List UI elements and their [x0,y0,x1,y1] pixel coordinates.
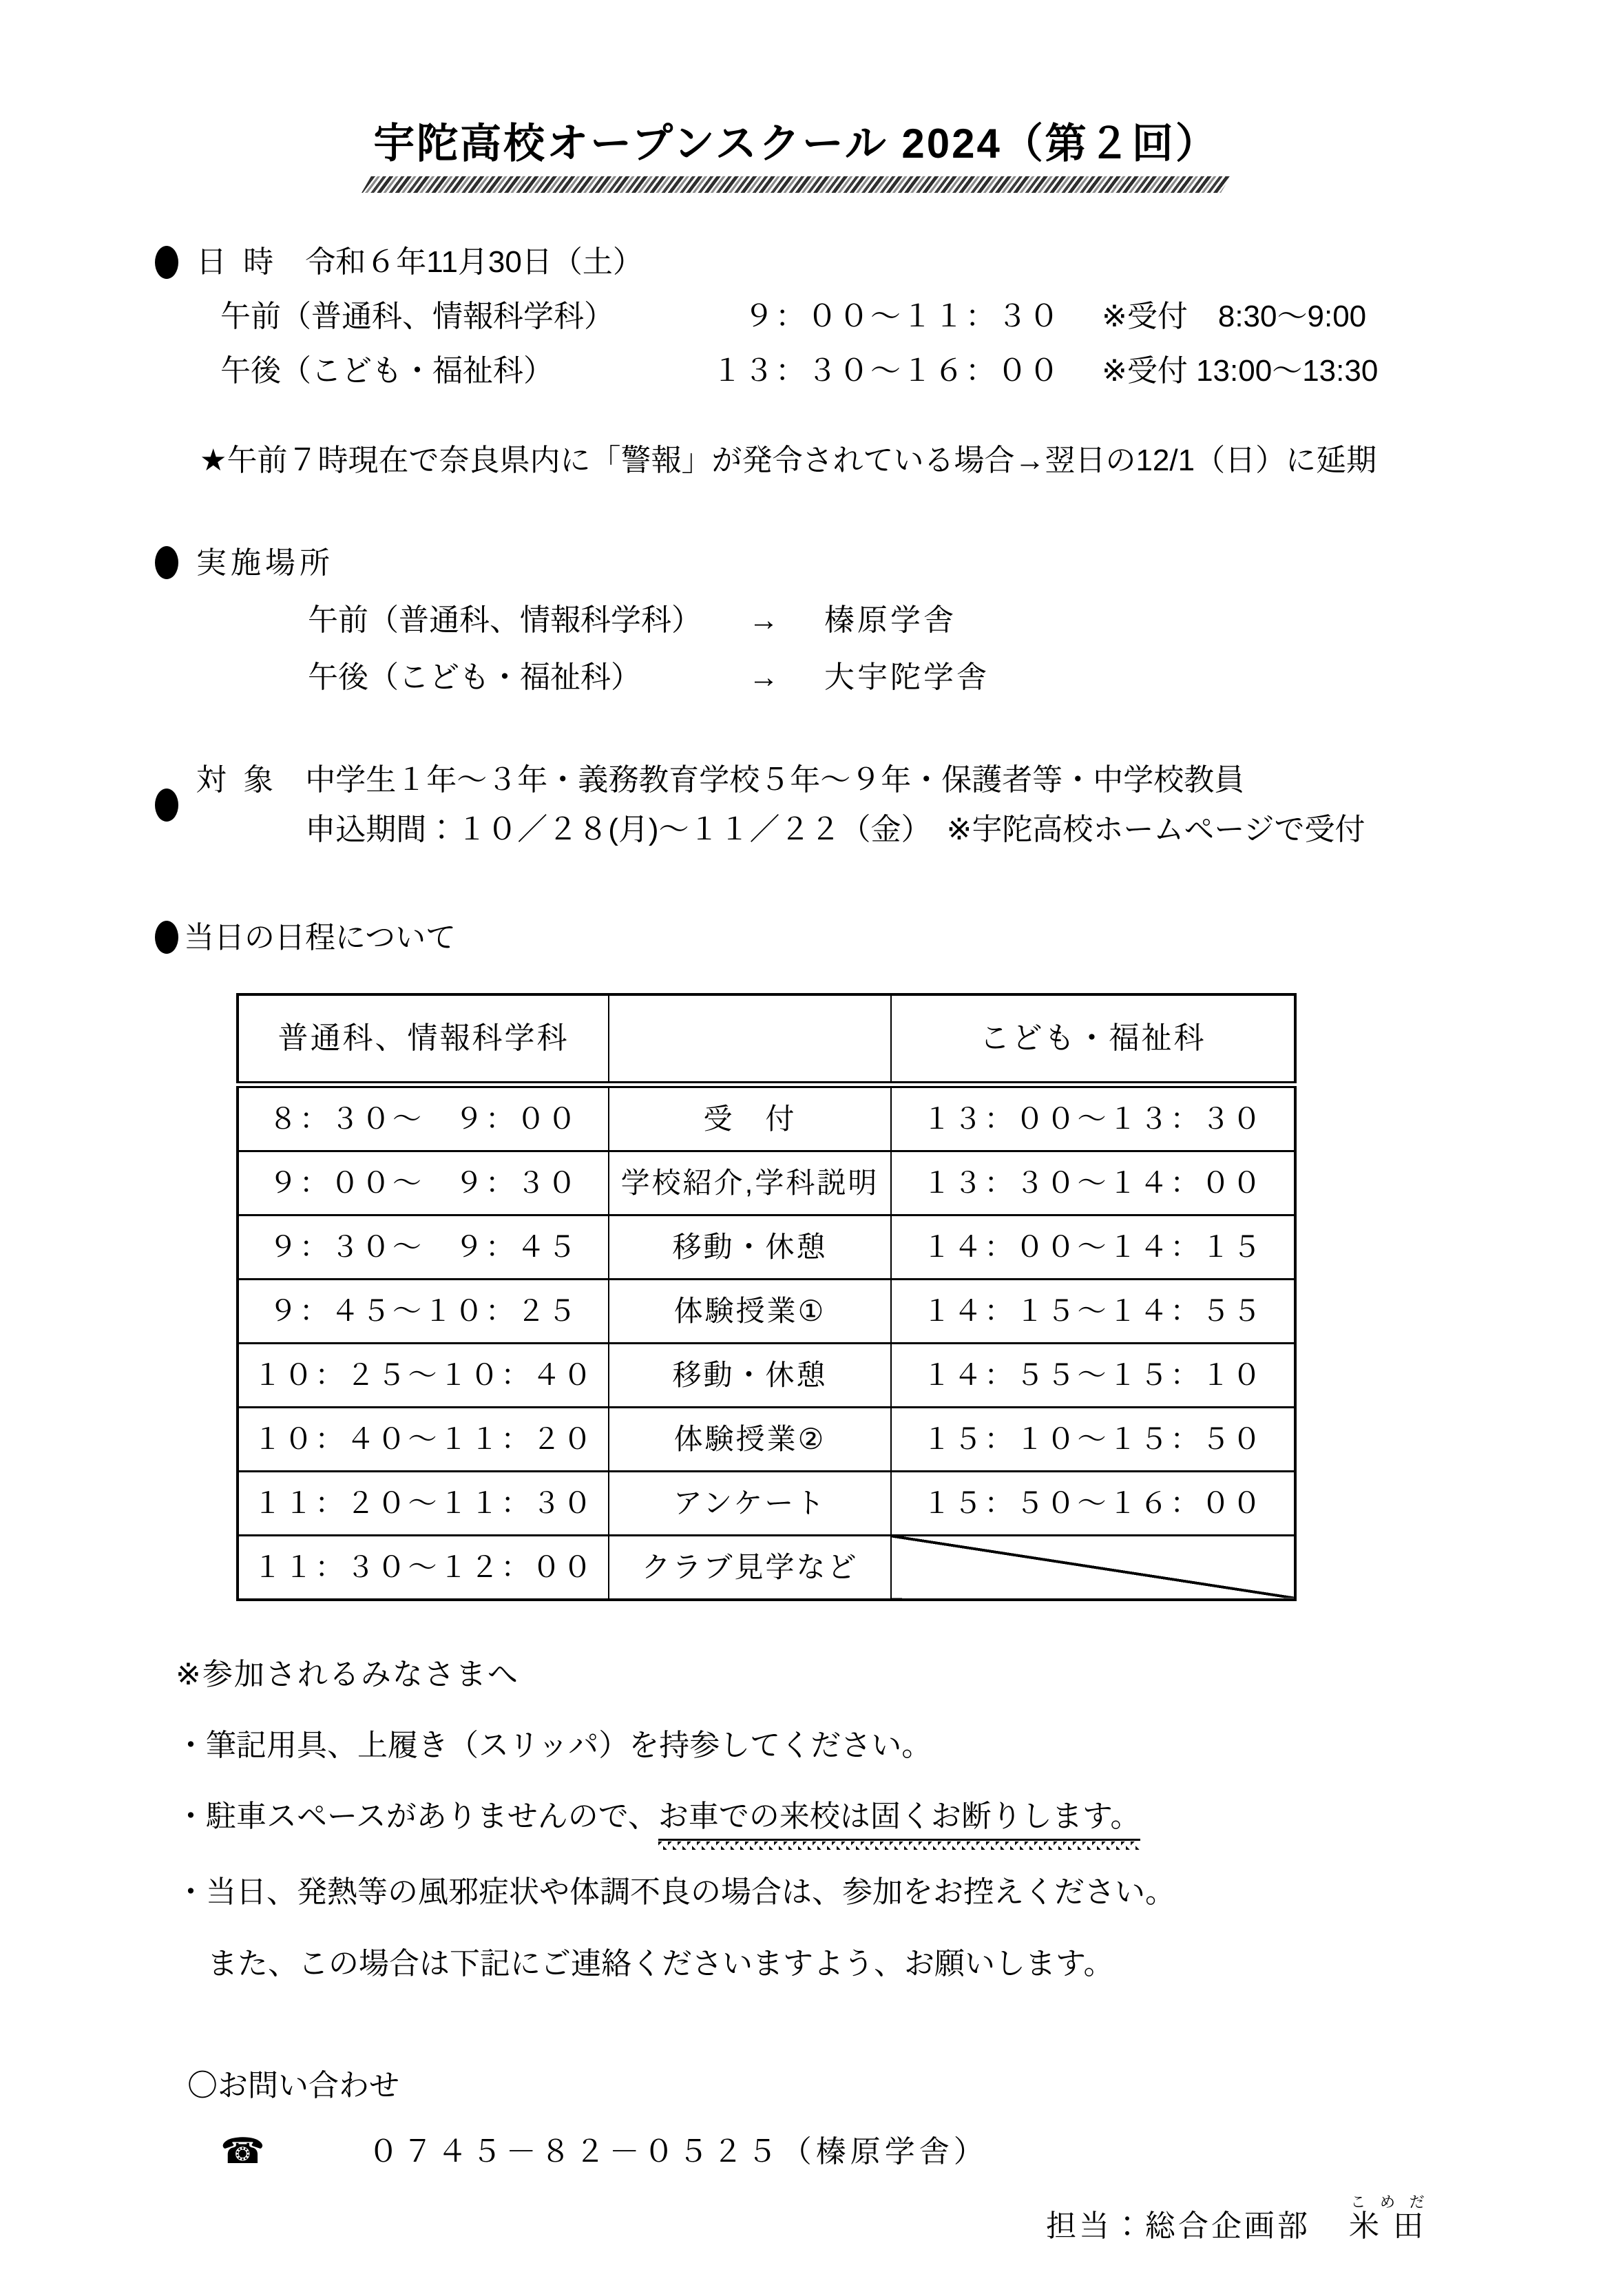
datetime-pm-reception: ※受付 13:00～13:30 [1102,351,1378,390]
am-time-cell: １０：２５～１０：４０ [238,1343,609,1407]
staff-name-text: 米田 [1349,2209,1437,2243]
table-row: １１：２０～１１：３０ アンケート １５：５０～１６：００ [238,1471,1295,1535]
datetime-am-reception: ※受付 8:30～9:00 [1102,297,1366,336]
location-am-label: 午前（普通科、情報科学科） [308,601,748,640]
staff-line: 担当：総合企画部米田こめだ [187,2193,1437,2246]
activity-cell: 学校紹介,学科説明 [609,1151,891,1215]
header-kodomo-fukushika: こども・福祉科 [891,994,1295,1085]
notes-heading: ※参加されるみなさまへ [176,1655,1437,1694]
am-time-cell: １１：３０～１２：００ [238,1535,609,1600]
bullet-icon [155,546,178,579]
pm-time-cell: １３：００～１３：３０ [891,1085,1295,1151]
section-schedule: 当日の日程について 普通科、情報科学科 こども・福祉科 ８：３０～ ９：００ 受… [155,918,1437,1601]
page-title: 宇陀高校オープンスクール 2024（第２回） [373,117,1219,171]
table-row: ８：３０～ ９：００ 受 付 １３：００～１３：３０ [238,1085,1295,1151]
storm-warning-note: ★午前７時現在で奈良県内に「警報」が発令されている場合→翌日の12/1（日）に延… [155,441,1437,480]
datetime-heading: 日 時 令和６年11月30日（土） [155,242,1437,282]
table-row: ９：４５～１０：２５ 体験授業① １４：１５～１４：５５ [238,1279,1295,1343]
bullet-icon [155,246,178,279]
header-futsuka-johoka: 普通科、情報科学科 [238,994,609,1085]
pm-time-cell: １４：５５～１５：１０ [891,1343,1295,1407]
pm-time-cell: １４：１５～１４：５５ [891,1279,1295,1343]
schedule-table: 普通科、情報科学科 こども・福祉科 ８：３０～ ９：００ 受 付 １３：００～１… [236,993,1297,1601]
location-am-venue: 榛原学舎 [824,601,956,640]
schedule-heading: 当日の日程について [155,918,1437,957]
table-row: ９：３０～ ９：４５ 移動・休憩 １４：００～１４：１５ [238,1215,1295,1279]
section-datetime: 日 時 令和６年11月30日（土） 午前（普通科、情報科学科） ９：００～１１：… [155,242,1437,480]
section-target: 対 象 中学生１年～３年・義務教育学校５年～９年・保護者等・中学校教員 申込期間… [155,760,1437,848]
table-row: １１：３０～１２：００ クラブ見学など [238,1535,1295,1600]
note-no-parking: ・駐車スペースがありませんので、お車での来校は固くお断りします。 [176,1797,1437,1841]
section-notes: ※参加されるみなさまへ ・筆記用具、上履き（スリッパ）を持参してください。 ・駐… [176,1655,1437,1983]
am-time-cell: ９：３０～ ９：４５ [238,1215,609,1279]
datetime-pm-time: １３：３０～１６：００ [702,351,1060,390]
note-illness: ・当日、発熱等の風邪症状や体調不良の場合は、参加をお控えください。 [176,1872,1437,1912]
location-pm-label: 午後（こども・福祉科） [308,658,748,697]
table-row: １０：２５～１０：４０ 移動・休憩 １４：５５～１５：１０ [238,1343,1295,1407]
pm-time-cell: １４：００～１４：１５ [891,1215,1295,1279]
staff-name: 米田こめだ [1349,2209,1437,2243]
note-illness-contact: また、この場合は下記にご連絡くださいますよう、お願いします。 [176,1944,1437,1983]
activity-cell: 移動・休憩 [609,1343,891,1407]
activity-cell: 移動・休憩 [609,1215,891,1279]
staff-department: 担当：総合企画部 [1046,2209,1310,2243]
pm-time-cell: １３：３０～１４：００ [891,1151,1295,1215]
pm-time-cell: １５：５０～１６：００ [891,1471,1295,1535]
title-block: 宇陀高校オープンスクール 2024（第２回） [373,117,1219,193]
datetime-label: 日 時 [196,242,278,282]
datetime-date: 令和６年11月30日（土） [305,242,643,282]
am-time-cell: ９：００～ ９：３０ [238,1151,609,1215]
am-time-cell: ９：４５～１０：２５ [238,1279,609,1343]
section-location: 実施場所 午前（普通科、情報科学科） → 榛原学舎 午後（こども・福祉科） → … [155,543,1437,698]
note-no-parking-prefix: ・駐車スペースがありませんので、 [176,1799,658,1833]
diagonal-strikethrough-cell [891,1535,1295,1600]
activity-cell: アンケート [609,1471,891,1535]
am-time-cell: ８：３０～ ９：００ [238,1085,609,1151]
datetime-row-am: 午前（普通科、情報科学科） ９：００～１１：３０ ※受付 8:30～9:00 [155,297,1437,336]
activity-cell: クラブ見学など [609,1535,891,1600]
target-heading: 対 象 中学生１年～３年・義務教育学校５年～９年・保護者等・中学校教員 申込期間… [155,760,1437,848]
datetime-am-label: 午前（普通科、情報科学科） [220,297,702,336]
contact-phone-row: ☎ ０７４５－８２－０５２５（榛原学舎） [187,2129,1437,2175]
note-no-car-emphasis: お車での来校は固くお断りします。 [658,1797,1140,1841]
contact-heading: 〇お問い合わせ [187,2066,1437,2105]
am-time-cell: １０：４０～１１：２０ [238,1407,609,1471]
activity-cell: 体験授業① [609,1279,891,1343]
arrow-icon: → [748,658,824,697]
phone-number: ０７４５－８２－０５２５（榛原学舎） [368,2132,988,2171]
location-pm-venue: 大宇陀学舎 [824,658,989,697]
note-bring-items: ・筆記用具、上履き（スリッパ）を持参してください。 [176,1726,1437,1765]
datetime-am-time: ９：００～１１：３０ [702,297,1060,336]
bullet-icon [155,789,178,822]
title-hatched-underline [362,176,1231,193]
activity-cell: 体験授業② [609,1407,891,1471]
flyer-page: 宇陀高校オープンスクール 2024（第２回） 日 時 令和６年11月30日（土）… [0,0,1623,2296]
header-activity-empty [609,994,891,1085]
section-contact: 〇お問い合わせ ☎ ０７４５－８２－０５２５（榛原学舎） 担当：総合企画部米田こ… [187,2066,1437,2246]
location-heading: 実施場所 [155,543,1437,583]
target-application-period: 申込期間：１０／２８(月)～１１／２２（金） ※宇陀高校ホームページで受付 [305,810,1365,849]
location-row-am: 午前（普通科、情報科学科） → 榛原学舎 [155,601,1437,640]
table-header-row: 普通科、情報科学科 こども・福祉科 [238,994,1295,1085]
target-lines: 中学生１年～３年・義務教育学校５年～９年・保護者等・中学校教員 申込期間：１０／… [305,760,1365,848]
target-audience: 中学生１年～３年・義務教育学校５年～９年・保護者等・中学校教員 [305,760,1365,800]
table-row: １０：４０～１１：２０ 体験授業② １５：１０～１５：５０ [238,1407,1295,1471]
activity-cell: 受 付 [609,1085,891,1151]
bullet-icon [155,921,178,954]
location-row-pm: 午後（こども・福祉科） → 大宇陀学舎 [155,658,1437,697]
staff-name-furigana: こめだ [1349,2193,1437,2211]
am-time-cell: １１：２０～１１：３０ [238,1471,609,1535]
schedule-heading-label: 当日の日程について [184,918,456,957]
datetime-pm-label: 午後（こども・福祉科） [220,351,702,390]
datetime-row-pm: 午後（こども・福祉科） １３：３０～１６：００ ※受付 13:00～13:30 [155,351,1437,390]
pm-time-cell: １５：１０～１５：５０ [891,1407,1295,1471]
table-row: ９：００～ ９：３０ 学校紹介,学科説明 １３：３０～１４：００ [238,1151,1295,1215]
telephone-icon: ☎ [220,2129,265,2175]
location-label: 実施場所 [196,543,334,583]
arrow-icon: → [748,601,824,640]
target-label: 対 象 [196,760,278,800]
